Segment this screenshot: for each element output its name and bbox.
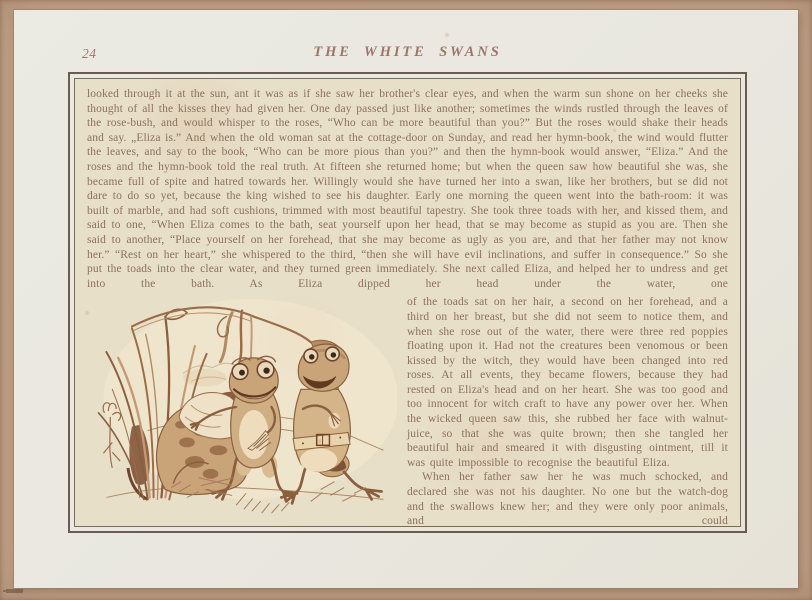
text-border-frame: looked through it at the sun, ant it was…: [68, 72, 747, 533]
right-text-column: of the toads sat on her hair, a second o…: [407, 295, 728, 526]
text-panel: looked through it at the sun, ant it was…: [75, 79, 740, 526]
paragraph-beside-illustration: of the toads sat on her hair, a second o…: [407, 295, 728, 470]
corner-mark: [6, 589, 23, 593]
running-head-title: THE WHITE SWANS: [68, 44, 747, 61]
age-spot: [444, 32, 450, 38]
toads-illustration: [87, 295, 397, 526]
illustration-and-text-row: of the toads sat on her hair, a second o…: [87, 295, 728, 526]
toads-illustration-svg: [87, 295, 397, 521]
paragraph-full-width: looked through it at the sun, ant it was…: [87, 87, 728, 291]
paragraph-father: When her father saw her he was much scho…: [407, 470, 728, 526]
text-border-frame-inner: looked through it at the sun, ant it was…: [74, 78, 741, 527]
book-page: 24 THE WHITE SWANS looked through it at …: [14, 10, 798, 588]
scanned-book-photo: 24 THE WHITE SWANS looked through it at …: [0, 0, 812, 600]
